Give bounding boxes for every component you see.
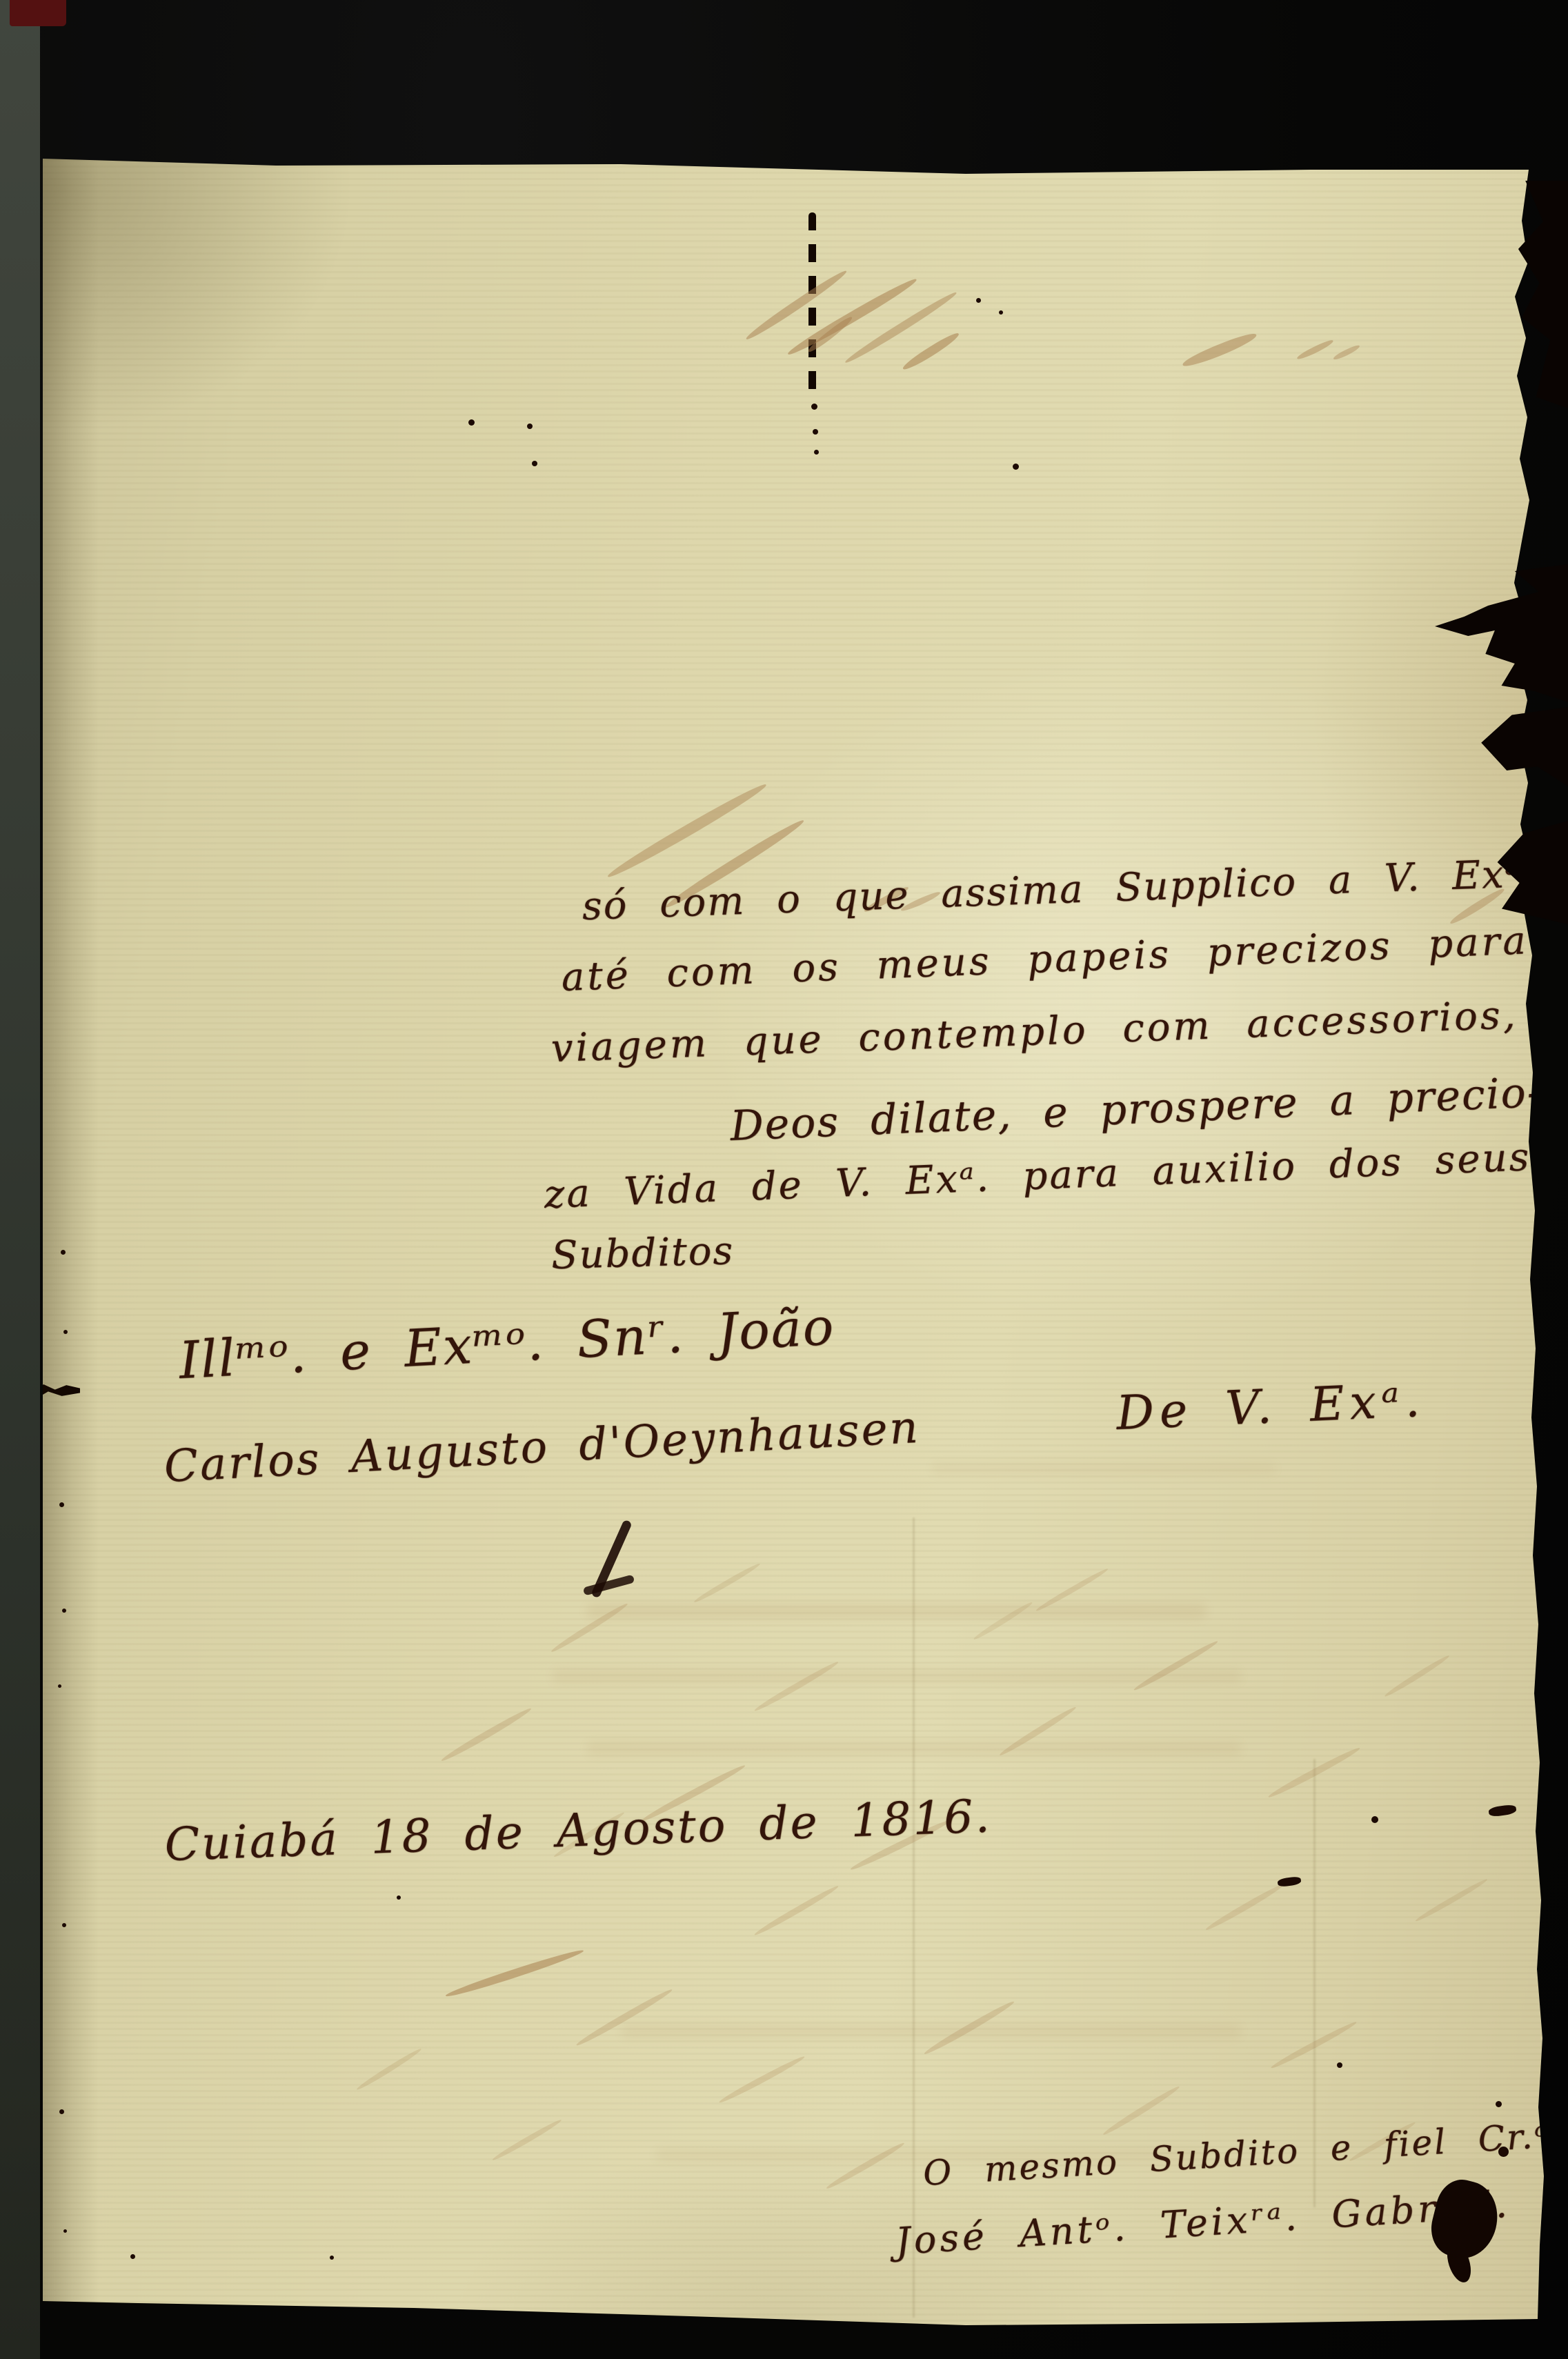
ink-speck	[1371, 1816, 1378, 1823]
signature-line: José Antᵒ. Teixʳᵃ. Gabriel.	[894, 2182, 1511, 2263]
letter-body-line: só com o que assima Supplico a V. Exᵃ. m…	[582, 847, 1568, 929]
ink-speck	[63, 2229, 67, 2233]
bleed-through-stroke	[1383, 1653, 1451, 1698]
letter-body-line: za Vida de V. Exᵃ. para auxilio dos seus…	[544, 1134, 1547, 1217]
bleed-through-stroke	[1102, 2084, 1181, 2138]
bleed-through-stroke	[605, 780, 768, 881]
gutter-shading	[40, 157, 99, 2306]
ink-speck	[1496, 2101, 1502, 2107]
ink-speck	[59, 2109, 64, 2114]
ink-speck	[59, 1502, 64, 1507]
addressee-line: Illᵐᵒ. e Exᵐᵒ. Snʳ. João	[177, 1297, 836, 1391]
paper-crease	[913, 1517, 915, 2318]
ink-speck	[61, 1250, 66, 1255]
bleed-through-stroke	[901, 330, 961, 372]
ink-speck	[1013, 464, 1019, 470]
ink-speck	[811, 404, 817, 410]
manuscript-scan: só com o que assima Supplico a V. Exᵃ. m…	[0, 0, 1568, 2359]
letter-body-line: viagem que contemplo com accessorios,	[550, 993, 1519, 1071]
addressee-line: Carlos Augusto d'Oeynhausen	[163, 1402, 921, 1493]
ink-speck	[62, 1923, 66, 1927]
letter-body-line: Subditos	[550, 1228, 735, 1278]
ink-speck	[999, 310, 1003, 315]
ink-speck	[976, 298, 981, 303]
bleed-through-stroke	[1181, 330, 1259, 370]
ink-speck	[397, 1895, 401, 1900]
ink-speck	[527, 424, 533, 429]
bleed-through-band	[931, 1462, 1276, 1475]
bleed-through-band	[586, 1742, 1242, 1755]
bleed-through-stroke	[1296, 338, 1334, 361]
ink-speck	[1337, 2062, 1342, 2068]
bleed-through-stroke	[693, 1562, 761, 1604]
bleed-through-stroke	[718, 2054, 806, 2105]
ink-speck	[63, 1330, 68, 1334]
ink-speck	[330, 2256, 334, 2260]
descender-stroke	[583, 1574, 635, 1595]
bleed-through-stroke	[1332, 344, 1360, 361]
bleed-through-stroke	[1414, 1878, 1489, 1924]
ink-speck	[532, 461, 537, 466]
dashed-ink-line	[808, 212, 816, 392]
ink-speck	[814, 450, 819, 455]
binding-gutter-shadow	[0, 0, 40, 2359]
bleed-through-band	[552, 1669, 1242, 1683]
bleed-through-stroke	[753, 1884, 840, 1938]
letter-body-line: até com os meus papeis precizos para a	[561, 916, 1568, 1000]
bleed-through-stroke	[786, 275, 920, 358]
ink-speck	[58, 1684, 61, 1688]
bleed-through-stroke	[1133, 1639, 1220, 1693]
bleed-through-stroke	[491, 2118, 563, 2162]
bleed-through-stroke	[1204, 1882, 1285, 1933]
bleed-through-stroke	[575, 1987, 674, 2049]
bleed-through-stroke	[440, 1706, 533, 1764]
valediction: De V. Exᵃ.	[1115, 1373, 1427, 1441]
bleed-through-band	[621, 2024, 1242, 2038]
bleed-through-band	[586, 1604, 1207, 1619]
ink-speck	[468, 419, 475, 426]
bleed-through-stroke	[444, 1947, 584, 2000]
ink-speck	[1488, 1804, 1517, 1817]
ink-speck	[62, 1609, 66, 1613]
ink-speck	[813, 429, 818, 435]
corner-label-fragment	[10, 0, 66, 26]
bleed-through-stroke	[843, 290, 958, 366]
ink-speck	[130, 2254, 135, 2259]
ink-speck	[1277, 1876, 1301, 1888]
manuscript-page: só com o que assima Supplico a V. Exᵃ. m…	[0, 0, 1568, 2359]
bleed-through-stroke	[355, 2047, 423, 2091]
bleed-through-stroke	[753, 1660, 840, 1713]
letter-body-line: Deos dilate, e prospere a precio-	[729, 1068, 1543, 1151]
